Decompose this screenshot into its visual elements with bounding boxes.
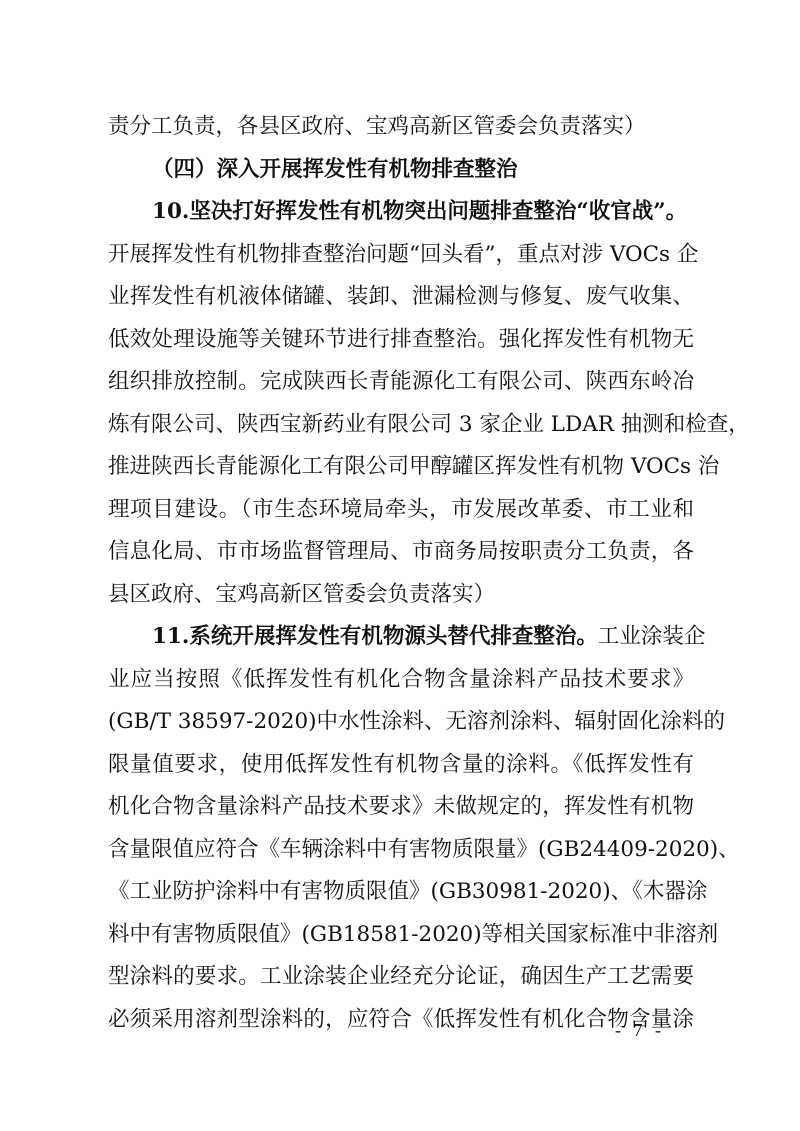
paragraph-line: 理项目建设。（市生态环境局牵头，市发展改革委、市工业和 xyxy=(108,489,694,532)
item-11-title: 11.系统开展挥发性有机物源头替代排查整治。 xyxy=(152,624,598,649)
paragraph-line: 业应当按照《低挥发性有机化合物含量涂料产品技术要求》 xyxy=(108,659,694,702)
paragraph-line: 机化合物含量涂料产品技术要求》未做规定的，挥发性有机物 xyxy=(108,786,694,829)
paragraph-line: 责分工负责，各县区政府、宝鸡高新区管委会负责落实） xyxy=(108,106,694,149)
item-11-title-line: 11.系统开展挥发性有机物源头替代排查整治。工业涂装企 xyxy=(108,616,694,659)
paragraph-line: 开展挥发性有机物排查整治问题“回头看”，重点对涉 VOCs 企 xyxy=(108,234,694,277)
paragraph-line: 料中有害物质限值》(GB18581-2020)等相关国家标准中非溶剂 xyxy=(108,914,694,957)
paragraph-line: 信息化局、市市场监督管理局、市商务局按职责分工负责，各 xyxy=(108,531,694,574)
item-10-title-line: 10.坚决打好挥发性有机物突出问题排查整治“收官战”。 xyxy=(108,191,694,234)
paragraph-line: 推进陕西长青能源化工有限公司甲醇罐区挥发性有机物 VOCs 治 xyxy=(108,446,694,489)
paragraph-line: 低效处理设施等关键环节进行排查整治。强化挥发性有机物无 xyxy=(108,319,694,362)
paragraph-line: 县区政府、宝鸡高新区管委会负责落实） xyxy=(108,574,694,617)
item-11-text: 工业涂装企 xyxy=(598,624,706,649)
paragraph-line: 必须采用溶剂型涂料的，应符合《低挥发性有机化合物含量涂 xyxy=(108,999,694,1042)
paragraph-line: 炼有限公司、陕西宝新药业有限公司 3 家企业 LDAR 抽测和检查， xyxy=(108,404,694,447)
section-heading: （四）深入开展挥发性有机物排查整治 xyxy=(108,149,694,192)
page-number: - 7 - xyxy=(610,1018,670,1042)
paragraph-line: 业挥发性有机液体储罐、装卸、泄漏检测与修复、废气收集、 xyxy=(108,276,694,319)
item-10-title: 10.坚决打好挥发性有机物突出问题排查整治“收官战”。 xyxy=(152,199,687,224)
body-text: 责分工负责，各县区政府、宝鸡高新区管委会负责落实） （四）深入开展挥发性有机物排… xyxy=(108,106,694,1041)
paragraph-line: 限量值要求，使用低挥发性有机物含量的涂料。《低挥发性有 xyxy=(108,744,694,787)
paragraph-line: 《工业防护涂料中有害物质限值》(GB30981-2020)、《木器涂 xyxy=(108,871,694,914)
paragraph-line: 型涂料的要求。工业涂装企业经充分论证，确因生产工艺需要 xyxy=(108,956,694,999)
paragraph-line: 组织排放控制。完成陕西长青能源化工有限公司、陕西东岭冶 xyxy=(108,361,694,404)
paragraph-line: 含量限值应符合《车辆涂料中有害物质限量》(GB24409-2020)、 xyxy=(108,829,694,872)
document-page: 责分工负责，各县区政府、宝鸡高新区管委会负责落实） （四）深入开展挥发性有机物排… xyxy=(0,0,800,1131)
paragraph-line: (GB/T 38597-2020)中水性涂料、无溶剂涂料、辐射固化涂料的 xyxy=(108,701,694,744)
